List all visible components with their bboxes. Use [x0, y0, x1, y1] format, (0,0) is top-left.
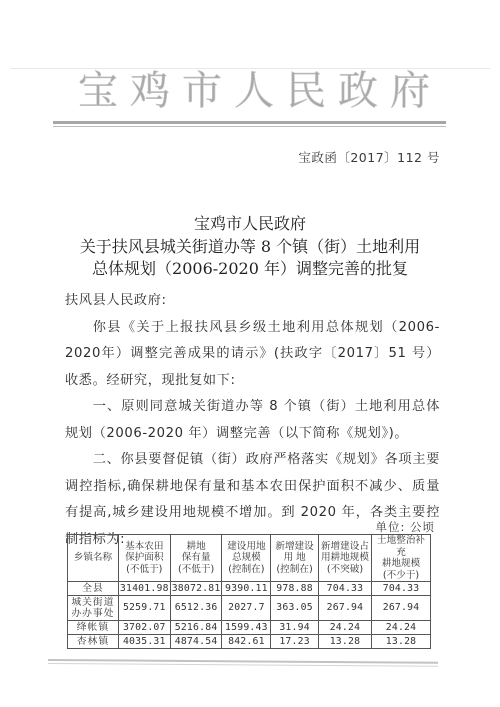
table-row: 绛帐镇 3702.07 5216.84 1599.43 31.94 24.24 …	[68, 621, 431, 635]
township-name: 城关街道办办事处	[68, 596, 119, 621]
cell-value: 38072.81	[170, 582, 222, 596]
cell-value: 5259.71	[118, 596, 170, 621]
cell-value: 842.61	[222, 635, 271, 649]
cell-value: 363.05	[271, 596, 319, 621]
page-bottom-rule-thin	[48, 663, 438, 667]
addressee: 扶风县人民政府:	[65, 288, 440, 315]
header-land-consolidation: 土地整治补充耕地规模(不少于)	[372, 535, 431, 582]
header-new-construction-occupying: 新增建设占用耕地规模(不突破)	[318, 535, 371, 582]
header-cultivated-land: 耕地保有量(不低于)	[170, 535, 222, 582]
cell-value: 704.33	[318, 582, 371, 596]
cell-value: 3702.07	[118, 621, 170, 635]
title-line-2: 关于扶风县城关街道办等 8 个镇（街）土地利用	[0, 236, 500, 259]
masthead-issuer: 宝鸡市人民政府	[78, 66, 423, 116]
header-new-construction: 新增建设用 地(控制在)	[271, 535, 319, 582]
masthead-rule-thick	[53, 121, 446, 124]
cell-value: 978.88	[271, 582, 319, 596]
cell-value: 267.94	[372, 596, 431, 621]
township-name: 杏林镇	[68, 635, 119, 649]
cell-value: 4035.31	[118, 635, 170, 649]
cell-value: 704.33	[372, 582, 431, 596]
header-construction-total: 建设用地总规模(控制在)	[222, 535, 271, 582]
cell-value: 1599.43	[222, 621, 271, 635]
document-body: 扶风县人民政府: 你县《关于上报扶风县乡级土地利用总体规划（2006-2020年…	[65, 288, 440, 553]
cell-value: 9390.11	[222, 582, 271, 596]
township-name: 绛帐镇	[68, 621, 119, 635]
cell-value: 4874.54	[170, 635, 222, 649]
table-row: 城关街道办办事处 5259.71 6512.36 2027.7 363.05 2…	[68, 596, 431, 621]
cell-value: 31.94	[271, 621, 319, 635]
cell-value: 31401.98	[118, 582, 170, 596]
header-township: 乡镇名称	[68, 535, 119, 582]
table-unit-label: 单位: 公顷	[375, 519, 435, 535]
cell-value: 5216.84	[170, 621, 222, 635]
cell-value: 267.94	[318, 596, 371, 621]
table-header-row: 乡镇名称 基本农田保护面积(不低于) 耕地保有量(不低于) 建设用地总规模(控制…	[68, 535, 431, 582]
cell-value: 6512.36	[170, 596, 222, 621]
cell-value: 24.24	[318, 621, 371, 635]
document-title: 宝鸡市人民政府 关于扶风县城关街道办等 8 个镇（街）土地利用 总体规划（200…	[0, 213, 500, 281]
cell-value: 13.28	[318, 635, 371, 649]
cell-value: 2027.7	[222, 596, 271, 621]
paragraph-item-1: 一、原则同意城关街道办等 8 个镇（街）土地利用总体规划（2006-2020 年…	[65, 394, 440, 447]
cell-value: 13.28	[372, 635, 431, 649]
paragraph-intro: 你县《关于上报扶风县乡级土地利用总体规划（2006-2020年）调整完善成果的请…	[65, 315, 440, 395]
table-row: 全县 31401.98 38072.81 9390.11 978.88 704.…	[68, 582, 431, 596]
cell-value: 17.23	[271, 635, 319, 649]
table-row: 杏林镇 4035.31 4874.54 842.61 17.23 13.28 1…	[68, 635, 431, 649]
document-number: 宝政函〔2017〕112 号	[298, 148, 440, 166]
control-indicators-table: 乡镇名称 基本农田保护面积(不低于) 耕地保有量(不低于) 建设用地总规模(控制…	[67, 534, 431, 649]
masthead-rule-thin	[53, 126, 446, 127]
header-basic-farmland: 基本农田保护面积(不低于)	[118, 535, 170, 582]
township-name: 全县	[68, 582, 119, 596]
cell-value: 24.24	[372, 621, 431, 635]
title-line-3: 总体规划（2006-2020 年）调整完善的批复	[0, 258, 500, 281]
title-line-1: 宝鸡市人民政府	[0, 213, 500, 236]
